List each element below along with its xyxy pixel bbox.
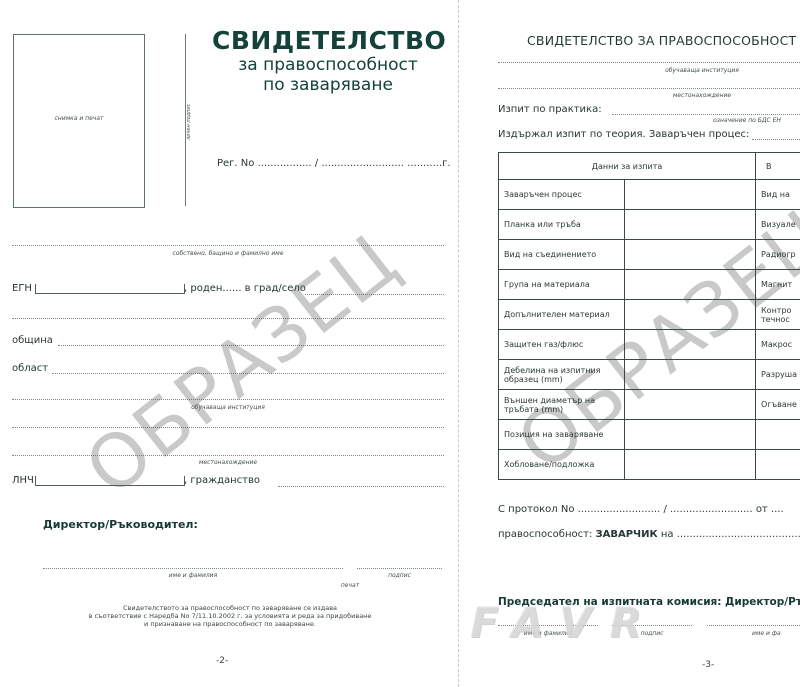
location-caption-right: местонахождение — [642, 92, 762, 99]
institution-line-right[interactable] — [498, 62, 800, 63]
row-right-label: Магнит — [756, 270, 800, 300]
birthplace-line[interactable] — [305, 294, 444, 295]
row-value-cell[interactable] — [625, 420, 756, 450]
row-label: Дебелина на изпитния образец (mm) — [499, 360, 625, 390]
row-value-cell[interactable] — [625, 300, 756, 330]
legal-footnote: Свидетелството за правоспособност по зав… — [40, 604, 420, 628]
director-name-caption-right: име и фа — [752, 630, 800, 637]
row-label: Хобловане/подложка — [499, 450, 625, 480]
institution-line-2[interactable] — [12, 427, 444, 428]
table-header-row: Данни за изпита В — [499, 153, 800, 180]
subtitle-line-1: за правоспособност — [223, 55, 433, 75]
row-value-cell[interactable] — [625, 330, 756, 360]
location-caption: местонахождение — [12, 459, 444, 466]
signature-caption-2: подпис — [357, 572, 442, 579]
page-left: снимка и печат личен подпис СВИДЕТЕЛСТВО… — [0, 0, 455, 687]
practice-exam-line[interactable] — [612, 114, 800, 115]
row-label: Позиция на заваряване — [499, 420, 625, 450]
qualification-prefix: правоспособност: — [498, 529, 592, 540]
citizenship-line[interactable] — [278, 486, 444, 487]
site-watermark: FAVR — [470, 598, 660, 647]
footnote-line-3: и признаване на правоспособност по завар… — [40, 620, 420, 628]
page-number-right: -3- — [702, 660, 714, 670]
row-value-cell[interactable] — [625, 180, 756, 210]
table-row: Вид на съединениетоРадиогр — [499, 240, 800, 270]
table-row: Група на материалаМагнит — [499, 270, 800, 300]
footnote-line-2: в съответствие с Наредба No 7/11.10.2002… — [40, 612, 420, 620]
theory-exam-line[interactable] — [752, 139, 800, 140]
row-right-label — [756, 420, 800, 450]
director-label-right: Директор/Ръ — [725, 596, 800, 608]
photo-box: снимка и печат — [13, 34, 145, 208]
row-value-cell[interactable] — [625, 240, 756, 270]
lnch-label: ЛНЧ — [12, 475, 34, 486]
director-name-line[interactable] — [43, 568, 343, 569]
row-right-label: Огъване — [756, 390, 800, 420]
row-label: Допълнителен материал — [499, 300, 625, 330]
row-label: Група на материала — [499, 270, 625, 300]
region-line[interactable] — [52, 373, 444, 374]
row-value-cell[interactable] — [625, 450, 756, 480]
row-right-label: Контро течнос — [756, 300, 800, 330]
row-label: Планка или тръба — [499, 210, 625, 240]
table-header-right: В — [756, 153, 800, 180]
row-right-label: Разруша — [756, 360, 800, 390]
location-line[interactable] — [12, 455, 444, 456]
row-right-label: Радиогр — [756, 240, 800, 270]
institution-caption: обучаваща институция — [12, 404, 444, 411]
table-row: Планка или тръбаВизуале — [499, 210, 800, 240]
signature-caption: личен подпис — [186, 104, 192, 140]
director-signature-line[interactable] — [357, 568, 442, 569]
row-label: Защитен газ/флюс — [499, 330, 625, 360]
location-line-right[interactable] — [498, 88, 800, 89]
table-row: Допълнителен материалКонтро течнос — [499, 300, 800, 330]
footnote-line-1: Свидетелството за правоспособност по зав… — [40, 604, 420, 612]
institution-caption-right: обучаваща институция — [642, 67, 762, 74]
reg-number-field[interactable]: Рег. No ................. / ............… — [217, 158, 451, 169]
qualification-line: правоспособност: ЗАВАРЧИК на ...........… — [498, 529, 800, 540]
born-label: , роден...... в град/село — [184, 283, 306, 294]
name-line[interactable] — [12, 245, 444, 246]
qualification-suffix[interactable]: на .....................................… — [661, 529, 800, 540]
row-right-label: Макрос — [756, 330, 800, 360]
table-row: Хобловане/подложка — [499, 450, 800, 480]
region-label: област — [12, 363, 48, 374]
citizenship-label: , гражданство — [184, 475, 260, 486]
municipality-line[interactable] — [58, 345, 444, 346]
director-label: Директор/Ръководител: — [43, 518, 198, 531]
protocol-field[interactable]: С протокол No ..........................… — [498, 504, 784, 515]
table-row: Позиция на заваряване — [499, 420, 800, 450]
row-right-label: Визуале — [756, 210, 800, 240]
table-row: Дебелина на изпитния образец (mm)Разруша — [499, 360, 800, 390]
egn-input[interactable] — [35, 284, 185, 294]
bds-caption: означение по БДС EН — [692, 117, 800, 124]
lnch-input[interactable] — [35, 476, 185, 486]
stamp-caption: печат — [330, 582, 370, 589]
row-right-label — [756, 450, 800, 480]
right-title: СВИДЕТЕЛСТВО ЗА ПРАВОСПОСОБНОСТ П — [527, 33, 800, 48]
qualification-value: ЗАВАРЧИК — [596, 529, 658, 540]
institution-line[interactable] — [12, 399, 444, 400]
theory-exam-label: Издържал изпит по теория. Заваръчен проц… — [498, 129, 749, 140]
subtitle-line-2: по заваряване — [223, 75, 433, 95]
name-caption: собствено, бащино и фамилно име — [12, 250, 444, 257]
row-value-cell[interactable] — [625, 270, 756, 300]
table-row: Външен диаметър на тръбата (mm)Огъване — [499, 390, 800, 420]
egn-label: ЕГН — [12, 283, 32, 294]
page-fold — [458, 0, 459, 687]
practice-exam-label: Изпит по практика: — [498, 104, 602, 115]
row-value-cell[interactable] — [625, 390, 756, 420]
table-header-left: Данни за изпита — [499, 153, 756, 180]
municipality-label: община — [12, 335, 53, 346]
exam-data-table: Данни за изпита В Заваръчен процесВид на… — [498, 152, 800, 480]
director-name-line-right[interactable] — [707, 625, 800, 626]
page-number-left: -2- — [216, 656, 228, 666]
photo-caption: снимка и печат — [14, 115, 144, 122]
certificate-subtitle: за правоспособност по заваряване — [223, 55, 433, 95]
sample-watermark-left: ОБРАЗЕЦ — [70, 217, 414, 513]
table-row: Защитен газ/флюсМакрос — [499, 330, 800, 360]
row-label: Вид на съединението — [499, 240, 625, 270]
row-right-label: Вид на — [756, 180, 800, 210]
row-value-cell[interactable] — [625, 210, 756, 240]
row-label: Външен диаметър на тръбата (mm) — [499, 390, 625, 420]
birthplace-line-2[interactable] — [12, 318, 444, 319]
table-row: Заваръчен процесВид на — [499, 180, 800, 210]
certificate-title: СВИДЕТЕЛСТВО — [212, 26, 446, 55]
row-label: Заваръчен процес — [499, 180, 625, 210]
row-value-cell[interactable] — [625, 360, 756, 390]
name-sign-caption: име и фамилия — [43, 572, 343, 579]
